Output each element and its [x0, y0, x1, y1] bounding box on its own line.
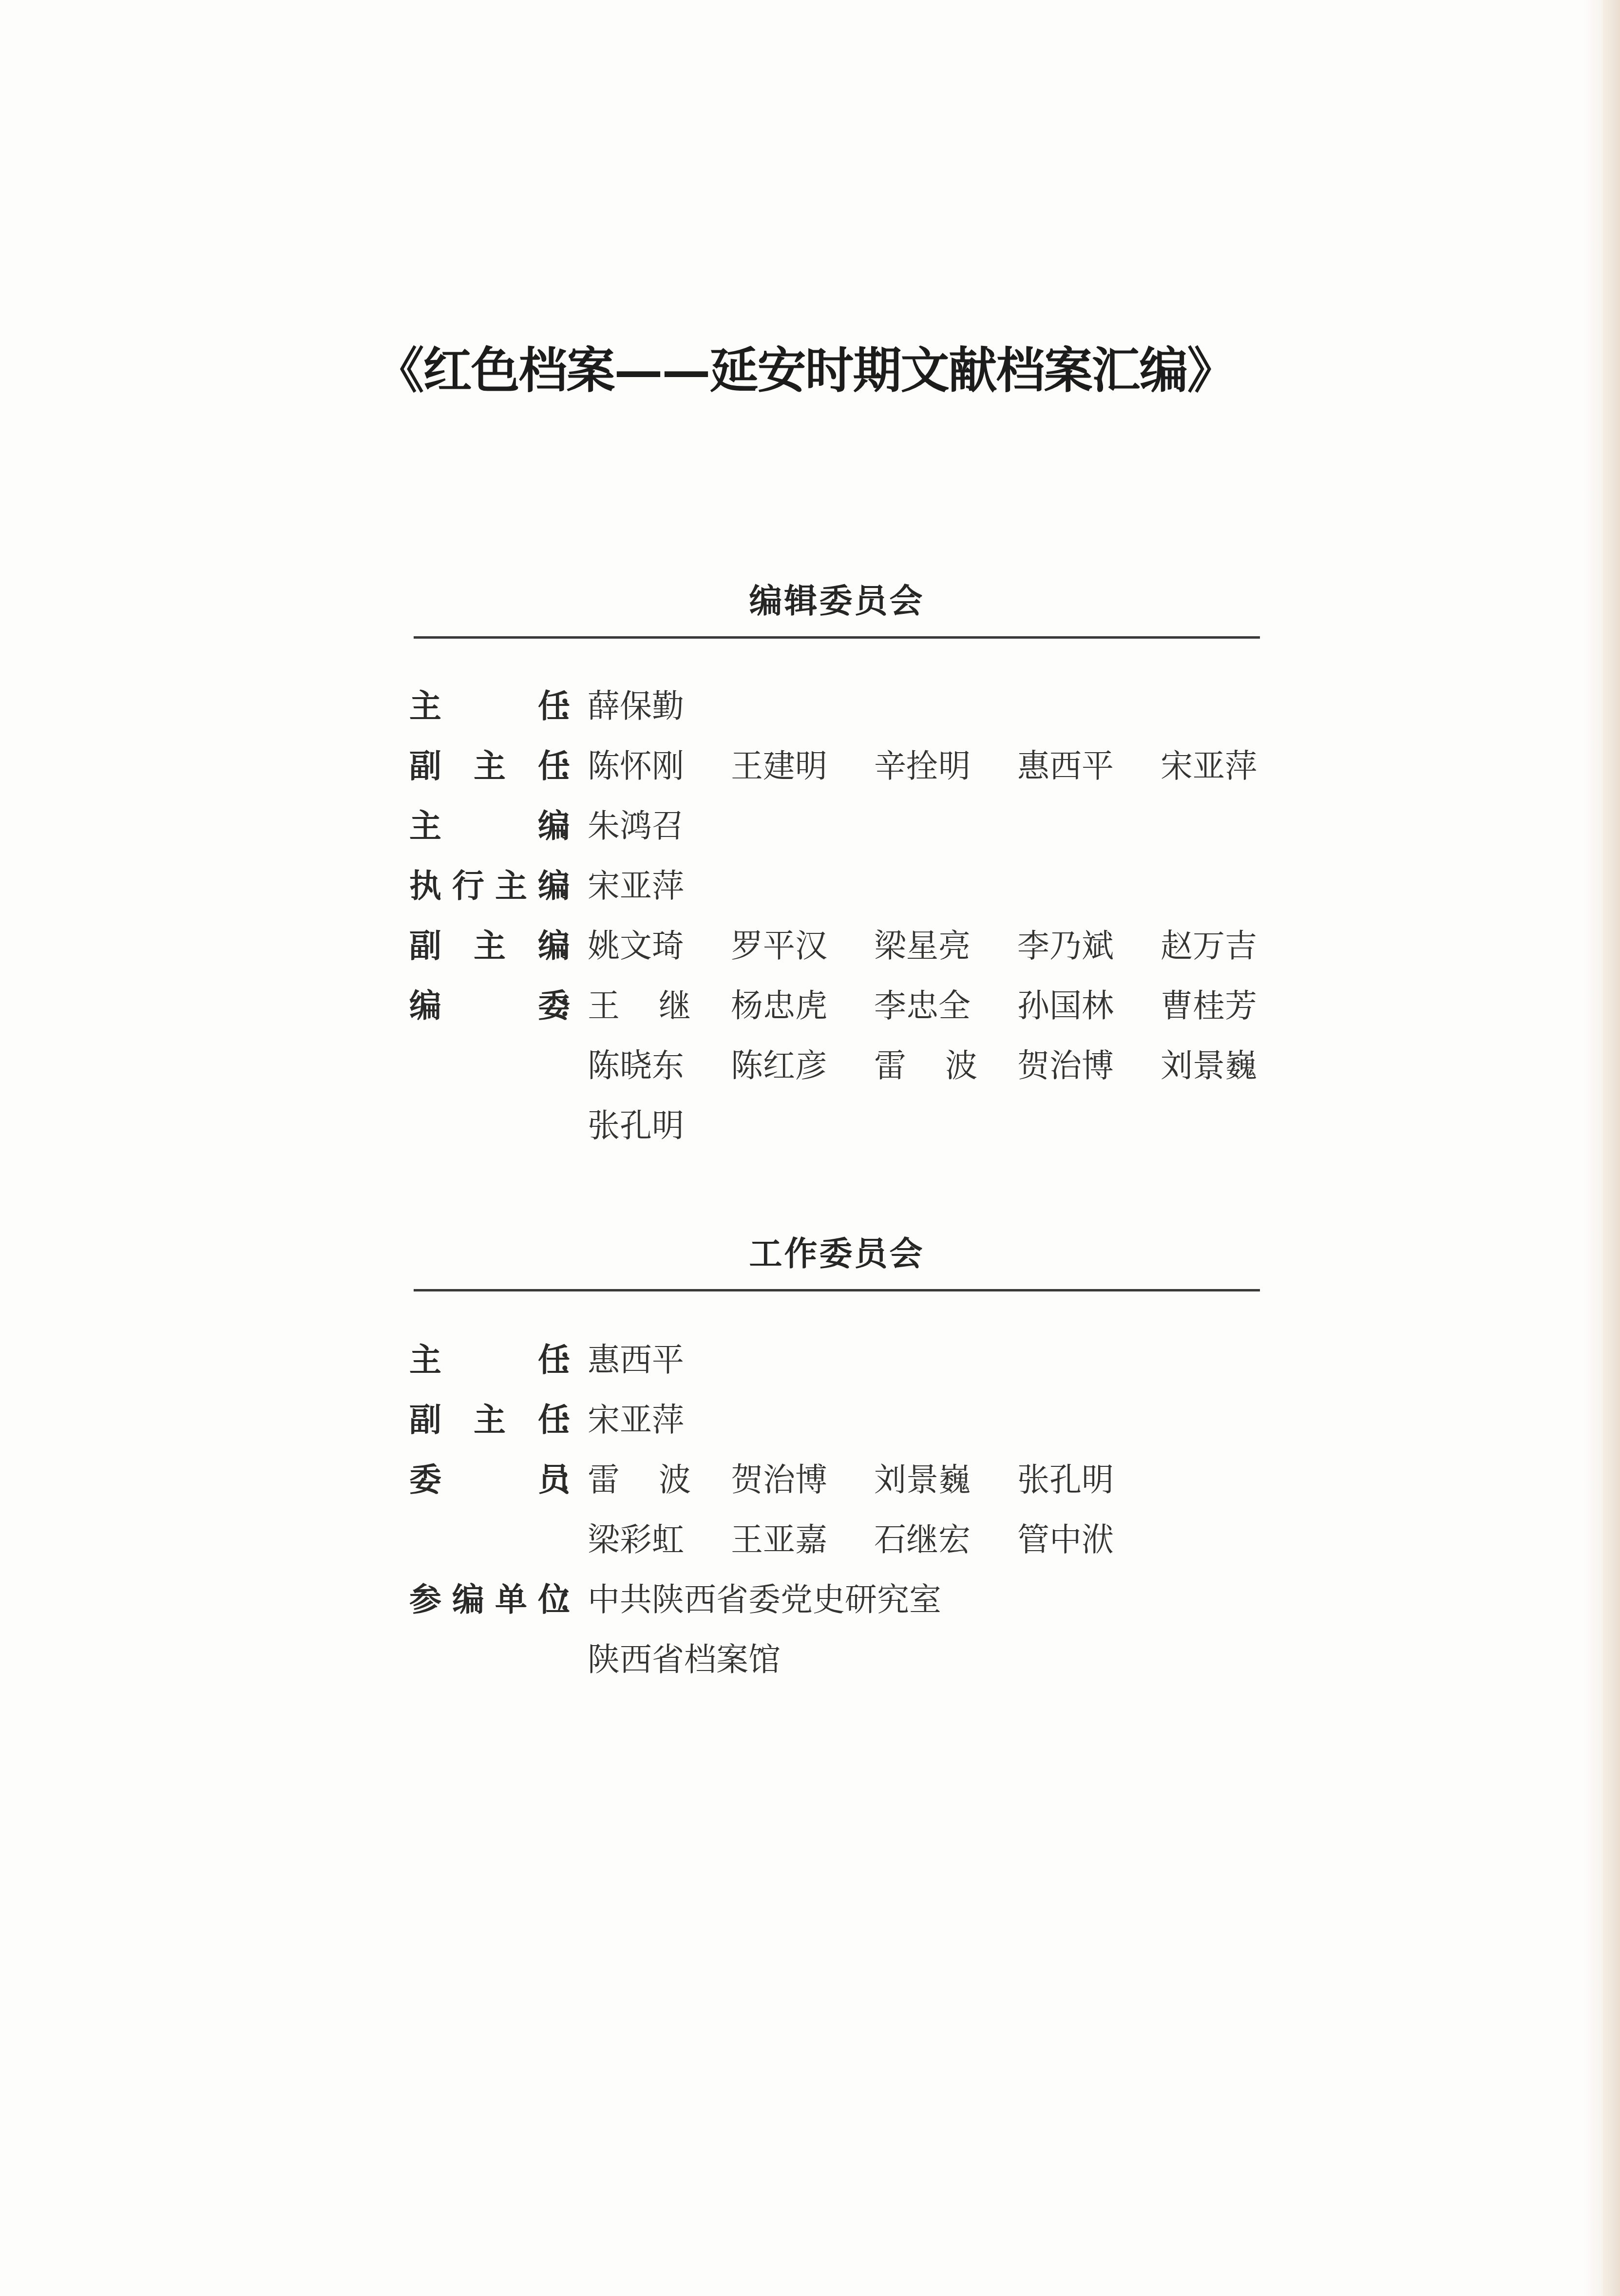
member-name: 张孔明: [588, 1101, 700, 1150]
role-label-char: 编: [409, 982, 441, 1030]
working-committee-rule: [414, 1289, 1260, 1291]
member-name: 陈怀刚: [588, 742, 700, 791]
colon: ：: [557, 922, 590, 970]
role-label-char: 主: [409, 1336, 441, 1385]
member-name: 惠西平: [588, 1336, 700, 1385]
role-label: 副主任：: [409, 742, 570, 791]
colon: ：: [557, 682, 590, 731]
member-name: 雷波: [588, 1456, 691, 1504]
member-name: 赵万吉: [1161, 922, 1273, 970]
member-name: 辛拴明: [874, 742, 986, 791]
member-name: 陈红彦: [731, 1042, 843, 1090]
member-name: 陈晓东: [588, 1042, 700, 1090]
member-name: 王继: [588, 982, 691, 1030]
member-name: 梁星亮: [874, 922, 986, 970]
role-label: 参编单位：: [409, 1575, 570, 1624]
member-name: 梁彩虹: [588, 1516, 700, 1564]
member-name: 石继宏: [874, 1516, 986, 1564]
colon: ：: [557, 1575, 590, 1624]
role-label-char: 主: [474, 1396, 506, 1444]
member-name: 姚文琦: [588, 922, 700, 970]
role-label-char: 副: [409, 1396, 441, 1444]
role-label-char: 主: [474, 742, 506, 791]
editorial-committee-rule: [414, 636, 1260, 639]
role-label-char: 委: [409, 1456, 441, 1504]
role-label-char: 参: [409, 1575, 441, 1624]
member-name: 宋亚萍: [1161, 742, 1273, 791]
member-name: 张孔明: [1017, 1456, 1129, 1504]
role-label-char: 主: [495, 862, 527, 911]
role-label-char: 主: [409, 802, 441, 851]
member-name: 薛保勤: [588, 682, 700, 731]
member-name: 刘景巍: [1161, 1042, 1273, 1090]
role-label-char: 单: [495, 1575, 527, 1624]
role-label: 主编：: [409, 802, 570, 851]
editorial-committee-heading: 编辑委员会: [414, 575, 1260, 622]
role-label: 副主编：: [409, 922, 570, 970]
member-name: 曹桂芳: [1161, 982, 1273, 1030]
member-name: 贺治博: [1017, 1042, 1129, 1090]
member-name: 雷波: [874, 1042, 977, 1090]
role-label-char: 副: [409, 922, 441, 970]
colon: ：: [557, 1456, 590, 1504]
member-name: 罗平汉: [731, 922, 843, 970]
role-label: 主任：: [409, 1336, 570, 1385]
role-label-char: 副: [409, 742, 441, 791]
member-name: 朱鸿召: [588, 802, 700, 851]
role-label-char: 执: [409, 862, 441, 911]
role-label: 副主任：: [409, 1396, 570, 1444]
colon: ：: [557, 862, 590, 911]
member-name: 宋亚萍: [588, 1396, 700, 1444]
role-label-char: 主: [409, 682, 441, 731]
member-name: 王亚嘉: [731, 1516, 843, 1564]
member-name: 李乃斌: [1017, 922, 1129, 970]
role-label: 编委：: [409, 982, 570, 1030]
role-label-char: 行: [452, 862, 484, 911]
role-label: 主任：: [409, 682, 570, 731]
member-name: 李忠全: [874, 982, 986, 1030]
member-name: 管中洑: [1017, 1516, 1129, 1564]
member-name: 杨忠虎: [731, 982, 843, 1030]
colon: ：: [557, 982, 590, 1030]
working-committee-heading: 工作委员会: [414, 1228, 1260, 1275]
colon: ：: [557, 742, 590, 791]
colon: ：: [557, 1336, 590, 1385]
member-name: 陕西省档案馆: [588, 1635, 700, 1684]
member-name: 贺治博: [731, 1456, 843, 1504]
role-label: 执行主编：: [409, 862, 570, 911]
role-label: 委员：: [409, 1456, 570, 1504]
member-name: 孙国林: [1017, 982, 1129, 1030]
book-title: 《红色档案——延安时期文献档案汇编》: [0, 331, 1615, 401]
role-label-char: 编: [452, 1575, 484, 1624]
member-name: 刘景巍: [874, 1456, 986, 1504]
role-label-char: 主: [474, 922, 506, 970]
member-name: 王建明: [731, 742, 843, 791]
member-name: 惠西平: [1017, 742, 1129, 791]
member-name: 宋亚萍: [588, 862, 700, 911]
colon: ：: [557, 802, 590, 851]
colon: ：: [557, 1396, 590, 1444]
member-name: 中共陕西省委党史研究室: [588, 1575, 700, 1624]
